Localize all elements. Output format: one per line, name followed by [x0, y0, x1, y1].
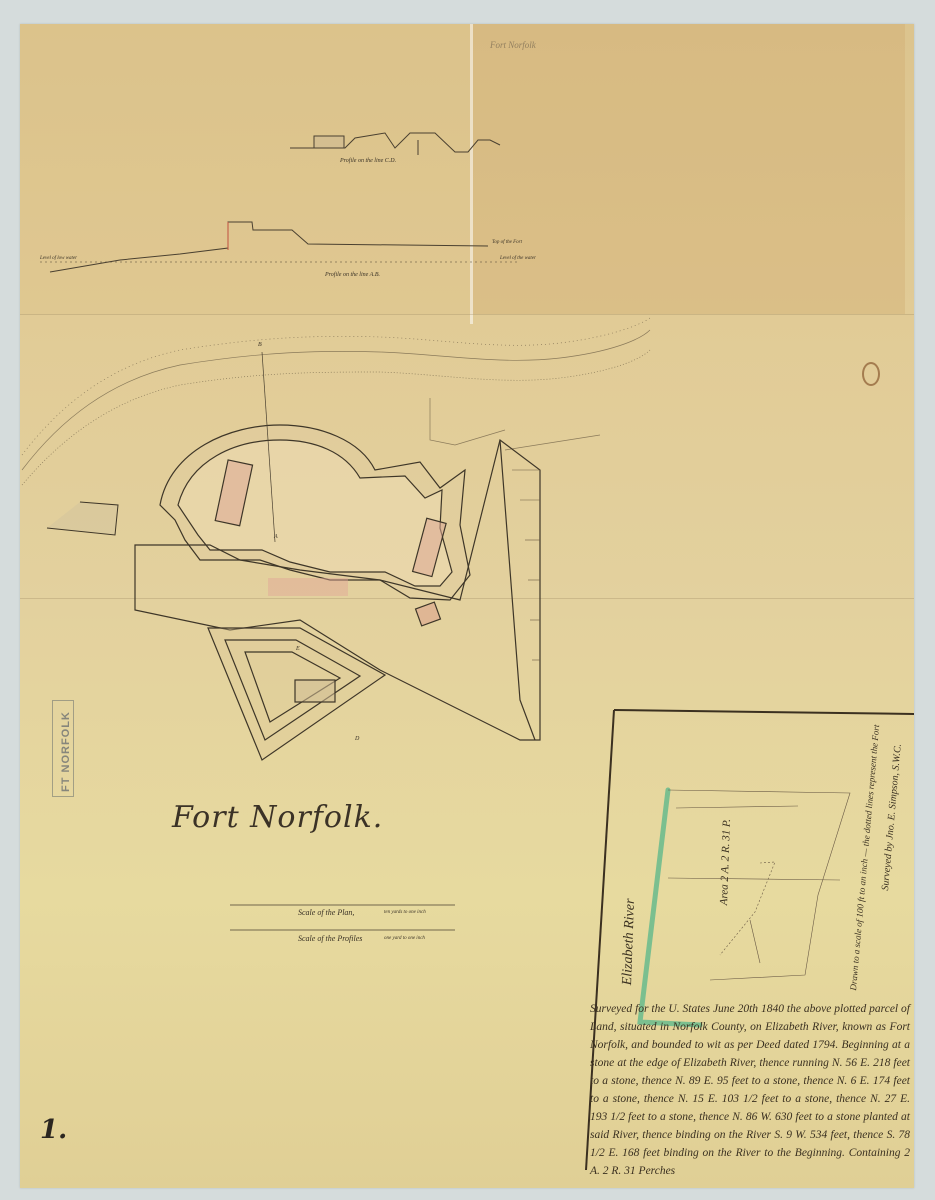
scale-profiles-note: one yard to one inch — [384, 936, 425, 941]
point-b-label: B — [258, 342, 262, 348]
profile-cd-drawing — [290, 133, 500, 155]
survey-plat — [640, 790, 850, 1025]
glacis-hatching — [512, 470, 540, 660]
map-title: Fort Norfolk. — [172, 800, 383, 835]
profile-ab-right-note-bottom: Level of the water — [500, 256, 536, 261]
scale-plan-label: Scale of the Plan, — [298, 908, 354, 917]
scale-plan-note: ten yards to one inch — [384, 910, 426, 915]
point-e-label: E — [296, 646, 300, 652]
library-stamp: FT NORFOLK — [60, 711, 72, 792]
survey-description: Surveyed for the U. States June 20th 184… — [590, 1000, 910, 1180]
left-outwork — [47, 502, 118, 535]
point-d-label: D — [355, 736, 359, 742]
inset-river-label: Elizabeth River — [620, 898, 639, 985]
fort-plan — [135, 425, 540, 760]
profile-ab-drawing — [40, 222, 520, 272]
sheet-number: 1. — [40, 1115, 67, 1145]
inset-frame-right — [614, 710, 914, 714]
profile-ab-right-note-top: Top of the Fort — [492, 240, 522, 245]
stain-mark — [862, 362, 880, 386]
profile-ab-label: Profile on the line A.B. — [325, 272, 380, 278]
profile-ab-left-note: Level of low water — [40, 256, 77, 261]
scale-profiles-label: Scale of the Profiles — [298, 934, 362, 943]
profile-cd-label: Profile on the line C.D. — [340, 158, 396, 164]
top-pencil-note: Fort Norfolk — [490, 40, 536, 50]
point-a-label: A — [274, 534, 278, 540]
